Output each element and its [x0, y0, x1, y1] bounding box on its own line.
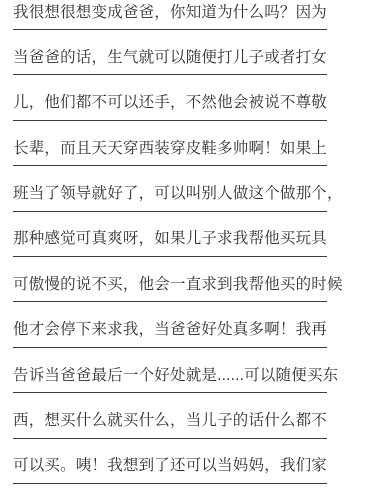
ruled-text-row: 他才会停下来求我，当爸爸好处真多啊！我再	[13, 302, 327, 347]
ruled-text-row: 可傲慢的说不买，他会一直求到我帮他买的时候	[13, 257, 327, 302]
ruled-text-row: 告诉当爸爸最后一个好处就是......可以随便买东	[13, 348, 327, 393]
ruled-text-row: 可以买。咦！我想到了还可以当妈妈，我们家	[13, 439, 327, 484]
ruled-text-row: 那种感觉可真爽呀，如果儿子求我帮他买玩具	[13, 212, 327, 257]
ruled-text-row: 长辈，而且天天穿西装穿皮鞋多帅啊！如果上	[13, 121, 327, 166]
ruled-text-row: 西，想买什么就买什么，当儿子的话什么都不	[13, 393, 327, 438]
essay-line: 可以买。咦！我想到了还可以当妈妈，我们家	[13, 458, 327, 474]
essay-line: 班当了领导就好了，可以叫别人做这个做那个，	[13, 186, 343, 202]
essay-line: 儿，他们都不可以还手，不然他会被说不尊敬	[13, 95, 327, 111]
essay-line: 那种感觉可真爽呀，如果儿子求我帮他买玩具	[13, 231, 327, 247]
essay-line: 长辈，而且天天穿西装穿皮鞋多帅啊！如果上	[13, 141, 327, 157]
ruled-text-row: 班当了领导就好了，可以叫别人做这个做那个，	[13, 166, 327, 211]
ruled-text-row: 当爸爸的话，生气就可以随便打儿子或者打女	[13, 30, 327, 75]
essay-line: 西，想买什么就买什么，当儿子的话什么都不	[13, 413, 327, 429]
essay-line: 可傲慢的说不买，他会一直求到我帮他买的时候	[13, 277, 343, 293]
essay-line: 他才会停下来求我，当爸爸好处真多啊！我再	[13, 322, 327, 338]
essay-page: 我很想很想变成爸爸，你知道为什么吗？因为 当爸爸的话，生气就可以随便打儿子或者打…	[13, 0, 327, 484]
ruled-text-row: 儿，他们都不可以还手，不然他会被说不尊敬	[13, 75, 327, 120]
ruled-text-row: 我很想很想变成爸爸，你知道为什么吗？因为	[13, 0, 327, 30]
essay-line: 告诉当爸爸最后一个好处就是......可以随便买东	[13, 368, 338, 384]
essay-line: 我很想很想变成爸爸，你知道为什么吗？因为	[13, 5, 327, 21]
essay-line: 当爸爸的话，生气就可以随便打儿子或者打女	[13, 50, 327, 66]
